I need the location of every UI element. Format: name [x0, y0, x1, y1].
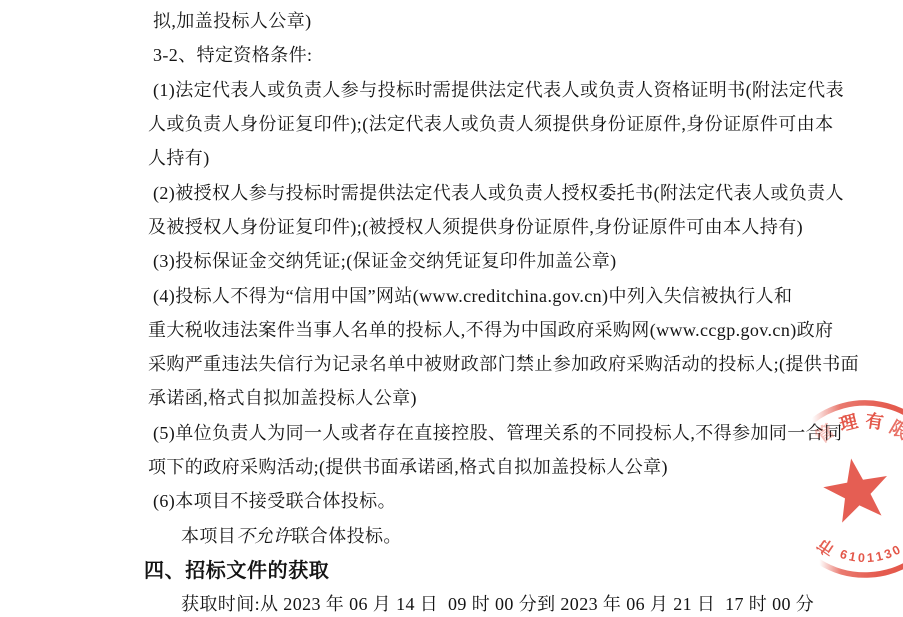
document-page: 拟,加盖投标人公章)3-2、特定资格条件:(1)法定代表人或负责人参与投标时需提…	[0, 0, 903, 617]
seal-char: 理	[837, 411, 860, 435]
document-line: 重大税收违法案件当事人名单的投标人,不得为中国政府采购网(www.ccgp.go…	[144, 312, 897, 346]
document-line: (4)投标人不得为“信用中国”网站(www.creditchina.gov.cn…	[144, 277, 897, 311]
document-line: 人或负责人身份证复印件);(法定代表人或负责人须提供身份证原件,身份证原件可由本	[144, 106, 897, 140]
text-segment: 联合体投标。	[291, 522, 401, 548]
document-line: 人持有)	[144, 140, 897, 174]
seal-char: 管	[811, 420, 838, 448]
star-icon	[823, 459, 887, 523]
document-line: 及被授权人身份证复印件);(被授权人须提供身份证原件,身份证原件可由本人持有)	[144, 209, 897, 243]
document-line: (2)被授权人参与投标时需提供法定代表人或负责人授权委托书(附法定代表人或负责人	[144, 174, 897, 208]
seal-char: 有	[864, 410, 885, 433]
seal-digit: 1	[848, 549, 857, 564]
document-line: (1)法定代表人或负责人参与投标时需提供法定代表人或负责人资格证明书(附法定代表	[144, 72, 897, 106]
seal-digit: 1	[866, 551, 874, 566]
seal-digit: 0	[858, 551, 866, 565]
seal-char: 限	[886, 417, 903, 443]
text-segment: 本项目	[181, 522, 236, 548]
seal-bottom-char: 市	[813, 534, 838, 560]
document-line: (3)投标保证金交纳凭证;(保证金交纳凭证复印件加盖公章)	[144, 243, 897, 277]
document-line: 拟,加盖投标人公章)	[144, 3, 897, 37]
document-line: 3-2、特定资格条件:	[144, 37, 897, 71]
seal-serial-number: 6 1 0 1 1 3 0	[838, 543, 902, 565]
emphasized-text: 不允许	[236, 522, 291, 548]
document-line: 采购严重违法失信行为记录名单中被财政部门禁止参加政府采购活动的投标人;(提供书面	[144, 346, 897, 380]
company-seal-stamp: 管 理 有 限 市 6 1 0 1 1 3 0	[773, 385, 903, 600]
